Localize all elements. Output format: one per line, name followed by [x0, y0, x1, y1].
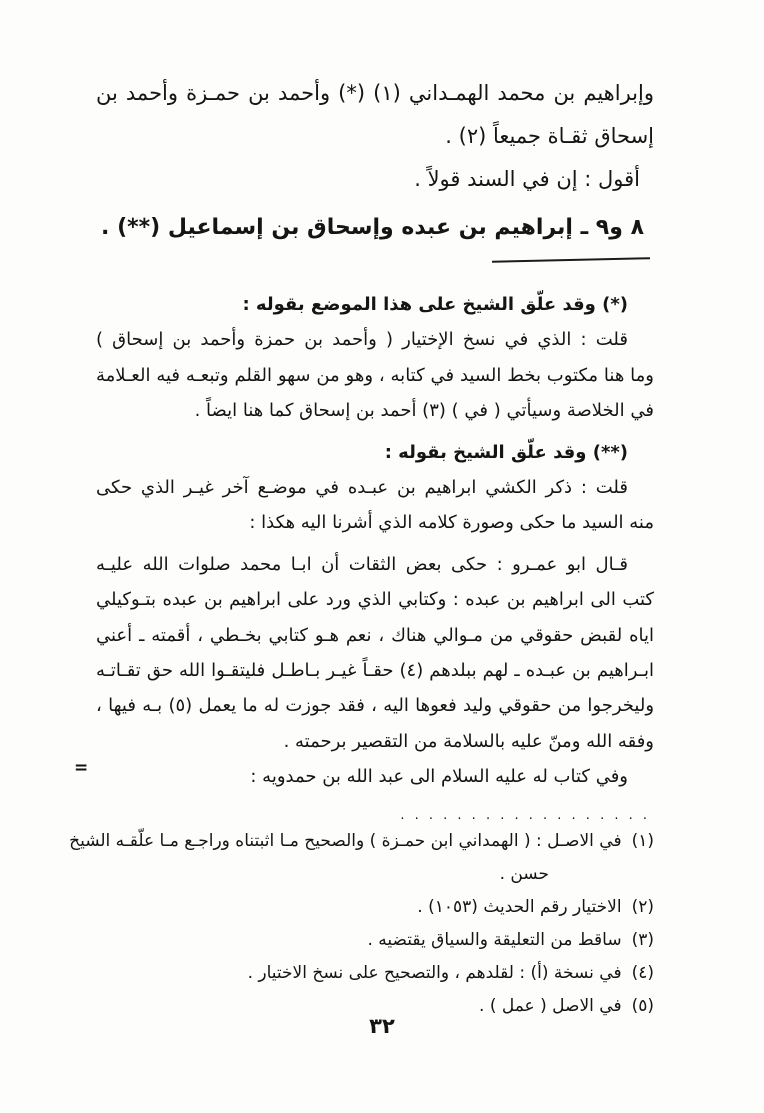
- commentary-line: قلت : الذي في نسخ الإختيار ( وأحمد بن حم…: [96, 322, 654, 357]
- footnote-number: (٣): [632, 924, 654, 957]
- page-number: ٣٢: [0, 1014, 764, 1038]
- commentary-line: وفي كتاب له عليه السلام الى عبد الله بن …: [96, 759, 654, 794]
- footnote-item: (١)في الاصـل : ( الهمداني ابن حمـزة ) وا…: [96, 825, 654, 858]
- footnote-text: في الاصل ( عمل ) .: [479, 996, 622, 1016]
- footnote-text: في نسخة (أ) : لقلدهم ، والتصحيح على نسخ …: [248, 963, 622, 983]
- commentary-line: كتب الى ابراهيم بن عبده : وكتابي الذي ور…: [96, 582, 654, 617]
- footnote-continuation: حسن .: [96, 858, 654, 891]
- main-text-block: وإبراهيم بن محمد الهمـداني (١) (*) وأحمد…: [96, 0, 654, 251]
- footnote-number: (٢): [632, 891, 654, 924]
- footnote-item: (٤)في نسخة (أ) : لقلدهم ، والتصحيح على ن…: [96, 957, 654, 990]
- entry-heading: ٨ و٩ ـ إبراهيم بن عبده وإسحاق بن إسماعيل…: [96, 205, 654, 251]
- commentary-note-2-header: (**) وقد علّق الشيخ بقوله :: [96, 435, 654, 470]
- matn-line-1: وإبراهيم بن محمد الهمـداني (١) (*) وأحمد…: [96, 72, 654, 115]
- scanned-book-page: وإبراهيم بن محمد الهمـداني (١) (*) وأحمد…: [0, 0, 764, 1113]
- footnote-item: (٢)الاختيار رقم الحديث (١٠٥٣) .: [96, 891, 654, 924]
- matn-line-3: أقول : إن في السند قولاً .: [96, 158, 654, 201]
- commentary-note-1-header: (*) وقد علّق الشيخ على هذا الموضع بقوله …: [96, 287, 654, 322]
- footnote-text: في الاصـل : ( الهمداني ابن حمـزة ) والصح…: [69, 831, 621, 851]
- footnotes-block: . . . . . . . . . . . . . . . . . . (١)ف…: [96, 807, 654, 1023]
- commentary-line: وفقه الله ومنّ عليه بالسلامة من التقصير …: [96, 724, 654, 759]
- footnote-dotted-separator: . . . . . . . . . . . . . . . . . .: [96, 807, 650, 825]
- commentary-line: وما هنا مكتوب بخط السيد في كتابه ، وهو م…: [96, 358, 654, 393]
- commentary-line: وليخرجوا من حقوقي وليد فعوها اليه ، فقد …: [96, 688, 654, 723]
- footnote-number: (٤): [632, 957, 654, 990]
- footnote-number: (١): [632, 825, 654, 858]
- commentary-line: في الخلاصة وسيأتي ( في ) (٣) أحمد بن إسح…: [96, 393, 654, 428]
- footnote-separator-rule-wrap: [96, 259, 654, 269]
- matn-line-2: إسحاق ثقـاة جميعاً (٢) .: [96, 115, 654, 158]
- commentary-line: منه السيد ما حكى وصورة كلامه الذي أشرنا …: [96, 505, 654, 540]
- commentary-line: قـال ابو عمـرو : حكى بعض الثقات أن ابـا …: [96, 547, 654, 582]
- commentary-line: اياه لقبض حقوقي من مـوالي هناك ، نعم هـو…: [96, 618, 654, 653]
- commentary-line: قلت : ذكر الكشي ابراهيم بن عبـده في موضـ…: [96, 470, 654, 505]
- footnote-text: الاختيار رقم الحديث (١٠٥٣) .: [417, 897, 621, 917]
- footnote-text: ساقط من التعليقة والسياق يقتضيه .: [367, 930, 621, 950]
- commentary-block: (*) وقد علّق الشيخ على هذا الموضع بقوله …: [96, 287, 654, 795]
- footnote-item: (٣)ساقط من التعليقة والسياق يقتضيه .: [96, 924, 654, 957]
- commentary-line: ابـراهيم بن عبـده ـ لهم ببلدهم (٤) حقـاً…: [96, 653, 654, 688]
- divider-rule: [492, 257, 650, 263]
- continuation-marker: =: [74, 758, 88, 778]
